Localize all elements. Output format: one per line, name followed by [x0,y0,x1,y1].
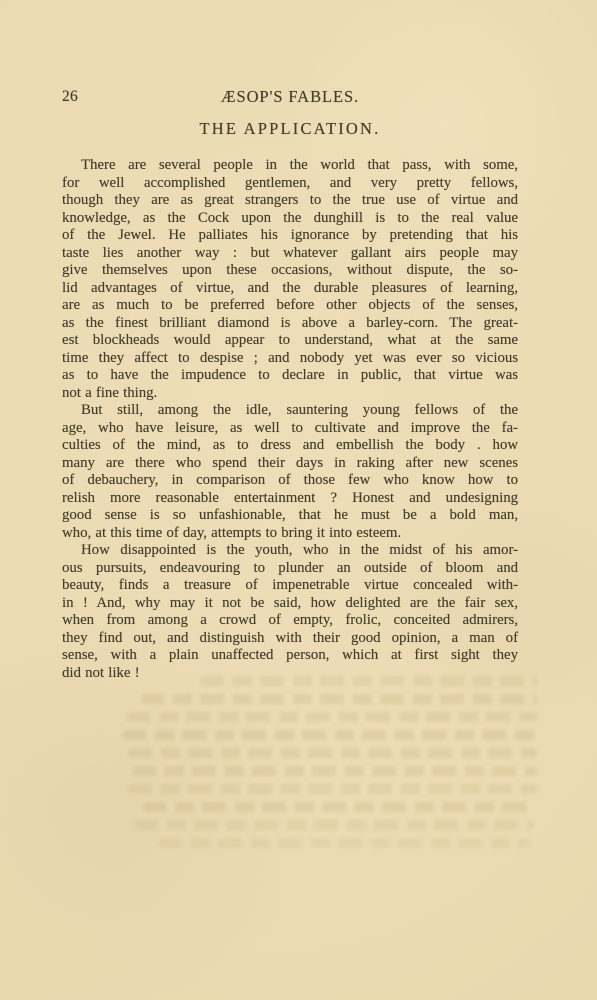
text-line: beauty, finds a treasure of impenetrable… [62,577,518,595]
text-line: are as much to be preferred before other… [62,297,518,315]
text-line: good sense is so unfashionable, that he … [62,507,518,525]
text-line: relish more reasonable entertainment ? H… [62,490,518,508]
paragraph: How disappointed is the youth, who in th… [62,542,518,682]
text-line: not a fine thing. [62,385,518,403]
ghost-text-line [128,748,538,758]
text-line: time they affect to despise ; and nobody… [62,350,518,368]
running-header: ÆSOP'S FABLES. [221,87,359,106]
text-line: did not like ! [62,665,518,683]
paragraph: But still, among the idle, sauntering yo… [62,402,518,542]
ghost-text-line [132,766,538,776]
ghost-text-line [122,730,540,740]
text-line: culties of the mind, as to dress and emb… [62,437,518,455]
text-line: when from among a crowd of empty, frolic… [62,612,518,630]
paragraph: There are several people in the world th… [62,157,518,402]
text-line: taste lies another way : but whatever ga… [62,245,518,263]
text-line: of debauchery, in comparison of those fe… [62,472,518,490]
ghost-text-line [142,802,534,812]
text-line: There are several people in the world th… [62,157,518,175]
book-page: 26 ÆSOP'S FABLES. THE APPLICATION. There… [0,0,597,1000]
text-line: sense, with a plain unaffected person, w… [62,647,518,665]
text-line: as to have the impudence to declare in p… [62,367,518,385]
section-title: THE APPLICATION. [62,119,518,139]
body-text: There are several people in the world th… [62,157,518,682]
text-line: give themselves upon these occasions, wi… [62,262,518,280]
text-line: they find out, and distinguish with thei… [62,630,518,648]
text-line: How disappointed is the youth, who in th… [62,542,518,560]
ghost-text-line [140,694,538,704]
text-line: who, at this time of day, attempts to br… [62,525,518,543]
text-line: though they are as great strangers to th… [62,192,518,210]
page-header: 26 ÆSOP'S FABLES. [62,87,518,107]
text-line: for well accomplished gentlemen, and ver… [62,175,518,193]
page-number: 26 [62,88,78,106]
text-line: many are there who spend their days in r… [62,455,518,473]
ghost-text-line [134,820,534,830]
text-line: But still, among the idle, sauntering yo… [62,402,518,420]
text-line: of the Jewel. He palliates his ignorance… [62,227,518,245]
text-line: est blockheads would appear to understan… [62,332,518,350]
text-line: age, who have leisure, as well to cultiv… [62,420,518,438]
ghost-text-line [158,838,530,848]
text-line: ous pursuits, endeavouring to plunder an… [62,560,518,578]
text-line: knowledge, as the Cock upon the dunghill… [62,210,518,228]
text-line: lid advantages of virtue, and the durabl… [62,280,518,298]
ghost-text-line [126,712,538,722]
ghost-text-line [128,784,538,794]
text-line: in ! And, why may it not be said, how de… [62,595,518,613]
text-line: as the finest brilliant diamond is above… [62,315,518,333]
